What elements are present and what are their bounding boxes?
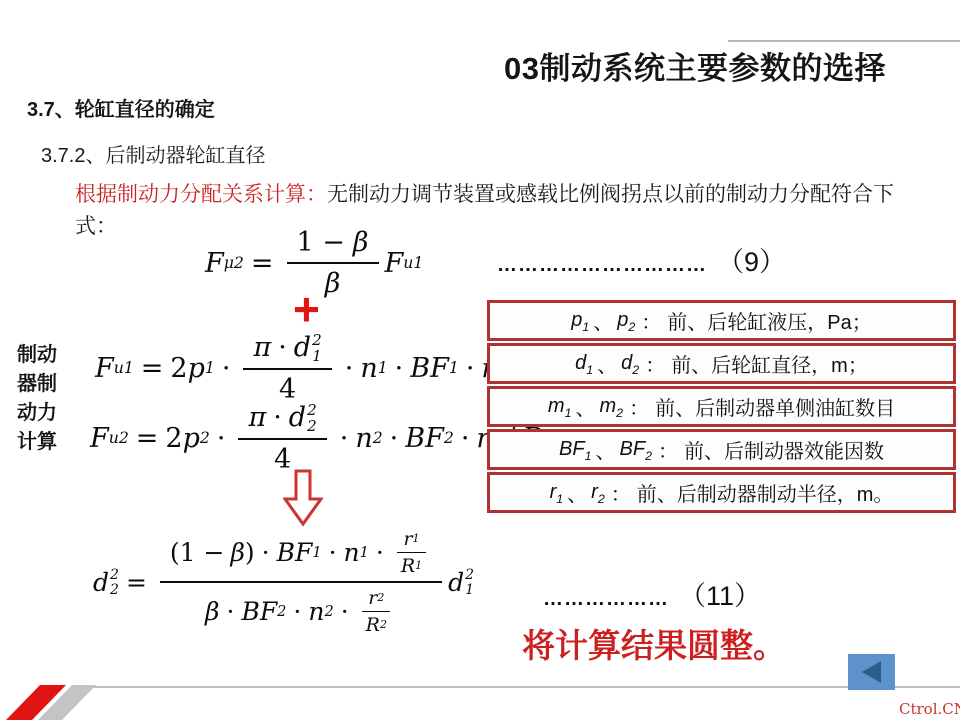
colon: ： <box>605 478 637 507</box>
math-num: ) <box>245 538 255 567</box>
eq11-dotted-label: ……………… （11） <box>543 574 761 613</box>
math-var: d <box>289 402 306 433</box>
math-sup: 2 <box>110 568 119 583</box>
math-op: · <box>220 597 242 626</box>
math-var: R <box>401 555 415 577</box>
colon: ： <box>639 349 671 378</box>
variable-legend-table: p1、p2：前、后轮缸液压，Pa； d1、d2：前、后轮缸直径，m； m1、m2… <box>487 300 956 515</box>
corner-stripes-decoration <box>0 682 110 720</box>
fraction: π·d22 4 <box>238 401 326 476</box>
math-subsup: 22 <box>110 568 119 597</box>
var-b: p2 <box>617 309 635 332</box>
side-label: 制动 器制 动力 计算 <box>17 341 65 457</box>
math-var: r <box>368 587 377 609</box>
math-var: R <box>366 614 380 636</box>
math-op: · <box>215 353 238 384</box>
big-fraction: (1 −β) · BF1 · n1 · r1 R1 β · BF2 · n2 · <box>160 527 442 637</box>
math-num: (1 − <box>170 538 225 567</box>
math-sub: 1 <box>312 349 322 365</box>
down-arrow-icon <box>283 469 323 527</box>
math-op: = <box>244 248 281 279</box>
var-a: r1 <box>550 481 564 504</box>
math-op: · <box>322 538 344 567</box>
math-var: d <box>93 568 109 597</box>
back-button[interactable] <box>848 654 895 690</box>
math-var: β <box>353 227 369 258</box>
var-b: m2 <box>600 395 624 418</box>
math-op: · <box>210 423 233 454</box>
side-label-line: 动力 <box>17 399 65 428</box>
math-op: · <box>338 353 361 384</box>
fraction: r2 R2 <box>360 587 393 636</box>
brand-watermark: Ctrol.CN <box>899 700 960 718</box>
math-var: F <box>90 423 109 454</box>
math-sub: 1 <box>465 583 474 598</box>
separator: 、 <box>563 478 591 507</box>
table-row: BF1、BF2：前、后制动器效能因数 <box>487 429 956 470</box>
row-description: 前、后轮缸液压，Pa； <box>667 306 871 335</box>
table-row: m1、m2：前、后制动器单侧油缸数目 <box>487 386 956 427</box>
table-row: r1、r2：前、后制动器制动半径，m。 <box>487 472 956 513</box>
eq9-dotted-label: ………………………… （9） <box>497 240 786 279</box>
plus-symbol: + <box>293 286 320 332</box>
intro-lead-red: 根据制动力分配关系计算： <box>75 183 327 206</box>
math-var: n <box>355 423 372 454</box>
math-op: · <box>454 423 477 454</box>
math-var: π <box>248 402 266 433</box>
math-subsup: 22 <box>307 403 317 435</box>
row-description: 前、后轮缸直径，m； <box>671 349 868 378</box>
math-num: 2 <box>165 423 182 454</box>
math-var: d <box>448 568 464 597</box>
side-label-line: 计算 <box>17 428 65 457</box>
math-var: F <box>95 353 114 384</box>
math-num: 1 − <box>297 227 345 258</box>
math-var: β <box>205 597 219 626</box>
math-subsup: 21 <box>312 333 322 365</box>
var-b: r2 <box>591 481 605 504</box>
header-divider-line <box>728 40 960 42</box>
colon: ： <box>623 392 655 421</box>
math-op: · <box>286 597 308 626</box>
math-var: BF <box>277 538 313 567</box>
colon: ： <box>652 435 684 464</box>
rounding-note: 将计算结果圆整。 <box>522 620 786 667</box>
math-var: F <box>205 248 224 279</box>
math-var: π <box>253 332 271 363</box>
slide: 03制动系统主要参数的选择 3.7、轮缸直径的确定 3.7.2、后制动器轮缸直径… <box>0 0 960 720</box>
separator: 、 <box>593 349 621 378</box>
var-a: BF1 <box>559 438 591 461</box>
side-label-line: 制动 <box>17 341 65 370</box>
side-label-line: 器制 <box>17 370 65 399</box>
math-op: = <box>134 353 171 384</box>
separator: 、 <box>589 306 617 335</box>
math-op: · <box>266 402 289 433</box>
var-a: m1 <box>548 395 572 418</box>
row-description: 前、后制动器效能因数 <box>684 435 884 464</box>
math-num: 2 <box>170 353 187 384</box>
math-var: r <box>403 528 412 550</box>
math-op: · <box>383 423 406 454</box>
math-op: · <box>369 538 391 567</box>
separator: 、 <box>572 392 600 421</box>
var-b: d2 <box>621 352 639 375</box>
math-var: d <box>294 332 311 363</box>
math-var: n <box>360 353 377 384</box>
table-row: p1、p2：前、后轮缸液压，Pa； <box>487 300 956 341</box>
subsection-heading: 3.7.2、后制动器轮缸直径 <box>41 139 265 168</box>
math-op: = <box>129 423 166 454</box>
math-var: F <box>385 248 404 279</box>
var-a: p1 <box>571 309 589 332</box>
dots-leader: ………………………… <box>497 254 707 277</box>
back-triangle-icon <box>862 661 881 683</box>
math-sub: 2 <box>110 583 119 598</box>
math-var: β <box>230 538 244 567</box>
dots-leader: ……………… <box>543 588 669 611</box>
math-op: = <box>119 568 154 597</box>
math-var: p <box>188 353 205 384</box>
footer-divider-line <box>76 686 960 688</box>
separator: 、 <box>592 435 620 464</box>
math-subsup: 21 <box>465 568 474 597</box>
var-b: BF2 <box>620 438 652 461</box>
colon: ： <box>635 306 667 335</box>
formula-eq11: d22 = (1 −β) · BF1 · n1 · r1 R1 β · BF2 … <box>93 527 474 637</box>
math-sub: 2 <box>307 419 317 435</box>
section-heading: 3.7、轮缸直径的确定 <box>27 93 215 122</box>
math-var: n <box>344 538 360 567</box>
math-var: β <box>325 268 341 299</box>
row-description: 前、后制动器制动半径，m。 <box>637 478 894 507</box>
fraction: π·d21 4 <box>243 331 331 406</box>
math-op: · <box>333 423 356 454</box>
eq9-number: （9） <box>717 240 786 279</box>
math-op: · <box>255 538 277 567</box>
math-op: · <box>388 353 411 384</box>
row-description: 前、后制动器单侧油缸数目 <box>655 392 895 421</box>
var-a: d1 <box>575 352 593 375</box>
math-var: BF <box>405 423 444 454</box>
math-var: BF <box>241 597 277 626</box>
math-var: n <box>308 597 324 626</box>
intro-paragraph: 根据制动力分配关系计算：无制动力调节装置或感载比例阀拐点以前的制动力分配符合下式… <box>75 179 897 242</box>
table-row: d1、d2：前、后轮缸直径，m； <box>487 343 956 384</box>
math-op: · <box>459 353 482 384</box>
math-op: · <box>334 597 356 626</box>
math-var: p <box>183 423 200 454</box>
math-var: BF <box>410 353 449 384</box>
formula-fu2: Fu2 = 2 p2 · π·d22 4 · n2 · BF2 · r2 / R… <box>90 401 553 476</box>
math-op: · <box>271 332 294 363</box>
slide-title: 03制动系统主要参数的选择 <box>504 43 886 88</box>
eq11-number: （11） <box>679 574 761 613</box>
math-sup: 2 <box>465 568 474 583</box>
fraction: r1 R1 <box>395 528 428 577</box>
